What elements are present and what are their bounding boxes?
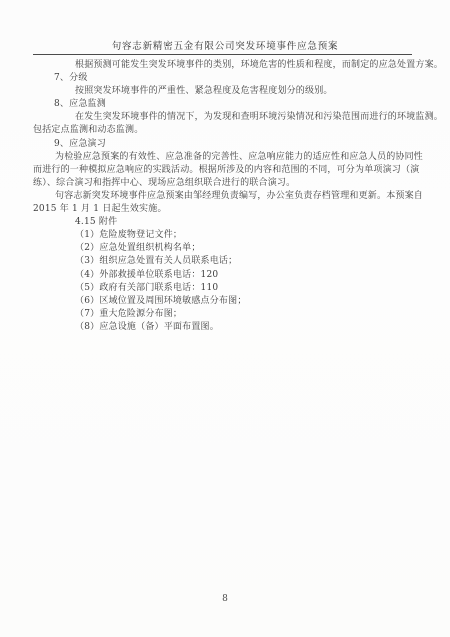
document-line: 句容志新突发环境事件应急预案由邹经理负责编写，办公室负责存档管理和更新。本预案自	[33, 190, 423, 203]
document-line: （8）应急设施（备）平面布置图。	[33, 321, 423, 334]
document-line: 根据预测可能发生突发环境事件的类别，环境危害的性质和程度，而制定的应急处置方案。	[33, 59, 423, 72]
document-page: 句容志新精密五金有限公司突发环境事件应急预案 根据预测可能发生突发环境事件的类别…	[0, 0, 450, 637]
document-line: 练）、综合演习和指挥中心、现场应急组织联合进行的联合演习。	[33, 177, 423, 190]
document-line: 为检验应急预案的有效性、应急准备的完善性、应急响应能力的适应性和应急人员的协同性	[33, 151, 423, 164]
document-body: 根据预测可能发生突发环境事件的类别，环境危害的性质和程度，而制定的应急处置方案。…	[33, 59, 423, 334]
document-line: （3）组织应急处置有关人员联系电话；	[33, 255, 423, 268]
document-line: 2015 年 1 月 1 日起生效实施。	[33, 203, 423, 216]
document-line: 而进行的一种模拟应急响应的实践活动。根据所涉及的内容和范围的不同，可分为单项演习…	[33, 164, 423, 177]
document-line: （6）区域位置及周围环境敏感点分布图；	[33, 295, 423, 308]
document-line: 按照突发环境事件的严重性、紧急程度及危害程度划分的级别。	[33, 85, 423, 98]
document-line: 8、应急监测	[33, 98, 423, 111]
document-line: （7）重大危险源分布图；	[33, 308, 423, 321]
document-line: 包括定点监测和动态监测。	[33, 124, 423, 137]
document-line: （4）外部救援单位联系电话：120	[33, 269, 423, 282]
page-number: 8	[0, 594, 450, 604]
document-line: 在发生突发环境事件的情况下，为发现和查明环境污染情况和污染范围而进行的环境监测。	[33, 111, 423, 124]
header-divider	[33, 54, 412, 55]
document-header-title: 句容志新精密五金有限公司突发环境事件应急预案	[0, 38, 450, 52]
document-line: 4.15 附件	[33, 216, 423, 229]
document-line: （1）危险废物登记文件；	[33, 229, 423, 242]
document-line: 9、应急演习	[33, 138, 423, 151]
document-line: （5）政府有关部门联系电话：110	[33, 282, 423, 295]
document-line: 7、分级	[33, 72, 423, 85]
document-line: （2）应急处置组织机构名单；	[33, 242, 423, 255]
